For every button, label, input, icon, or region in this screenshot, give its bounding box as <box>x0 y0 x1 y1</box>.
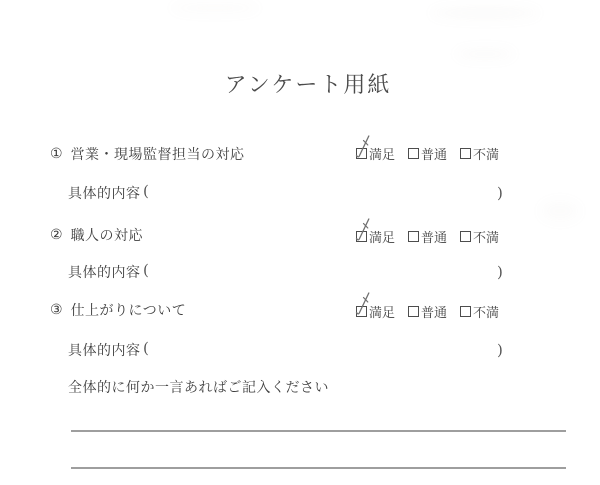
detail-row-3: 具体的内容 ( ) <box>68 340 141 358</box>
checkbox-satisfied <box>356 306 367 317</box>
option-satisfied: 満足 <box>356 302 395 321</box>
close-paren: ) <box>497 184 503 202</box>
question-row-2: ② 職人の対応 <box>50 226 143 244</box>
detail-row-2: 具体的内容 ( ) <box>68 262 141 280</box>
scan-smudge <box>430 6 540 20</box>
question-label: 職人の対応 <box>71 225 144 245</box>
question-number: ③ <box>50 302 63 318</box>
overall-comment-prompt: 全体的に何か一言あればご記入ください <box>68 377 329 397</box>
question-number: ① <box>50 146 63 162</box>
question-label: 仕上がりについて <box>71 300 187 320</box>
close-paren: ) <box>497 341 503 359</box>
close-paren: ) <box>497 263 503 281</box>
question-label: 営業・現場監督担当の対応 <box>71 144 245 164</box>
option-normal: 普通 <box>408 302 447 321</box>
checkbox-satisfied <box>356 231 367 242</box>
scan-smudge <box>170 2 260 14</box>
answer-line-2 <box>71 467 566 469</box>
options-group-2: 満足 普通 不満 <box>356 227 499 245</box>
option-normal: 普通 <box>408 144 447 163</box>
options-group-3: 満足 普通 不満 <box>356 302 499 320</box>
option-normal: 普通 <box>408 227 447 246</box>
checkbox-normal <box>408 231 419 242</box>
answer-line-1 <box>71 430 566 432</box>
question-row-3: ③ 仕上がりについて <box>50 301 186 319</box>
survey-form-page: アンケート用紙 ① 営業・現場監督担当の対応 満足 普通 不満 具体的内容 ( … <box>0 0 600 485</box>
scan-smudge <box>455 48 515 60</box>
option-dissatisfied: 不満 <box>460 227 499 246</box>
option-dissatisfied: 不満 <box>460 302 499 321</box>
question-number: ② <box>50 227 63 243</box>
open-paren: ( <box>143 261 149 279</box>
detail-label: 具体的内容 <box>68 343 141 359</box>
detail-row-1: 具体的内容 ( ) <box>68 183 141 201</box>
question-row-1: ① 営業・現場監督担当の対応 <box>50 145 245 163</box>
checkbox-satisfied <box>356 148 367 159</box>
detail-label: 具体的内容 <box>68 265 141 281</box>
checkbox-dissatisfied <box>460 148 471 159</box>
checkbox-dissatisfied <box>460 306 471 317</box>
detail-label: 具体的内容 <box>68 186 141 202</box>
option-satisfied: 満足 <box>356 144 395 163</box>
open-paren: ( <box>143 182 149 200</box>
option-satisfied: 満足 <box>356 227 395 246</box>
options-group-1: 満足 普通 不満 <box>356 144 499 162</box>
open-paren: ( <box>143 339 149 357</box>
checkbox-normal <box>408 306 419 317</box>
checkbox-dissatisfied <box>460 231 471 242</box>
checkbox-normal <box>408 148 419 159</box>
page-title: アンケート用紙 <box>16 68 600 99</box>
option-dissatisfied: 不満 <box>460 144 499 163</box>
scan-smudge <box>540 200 580 222</box>
